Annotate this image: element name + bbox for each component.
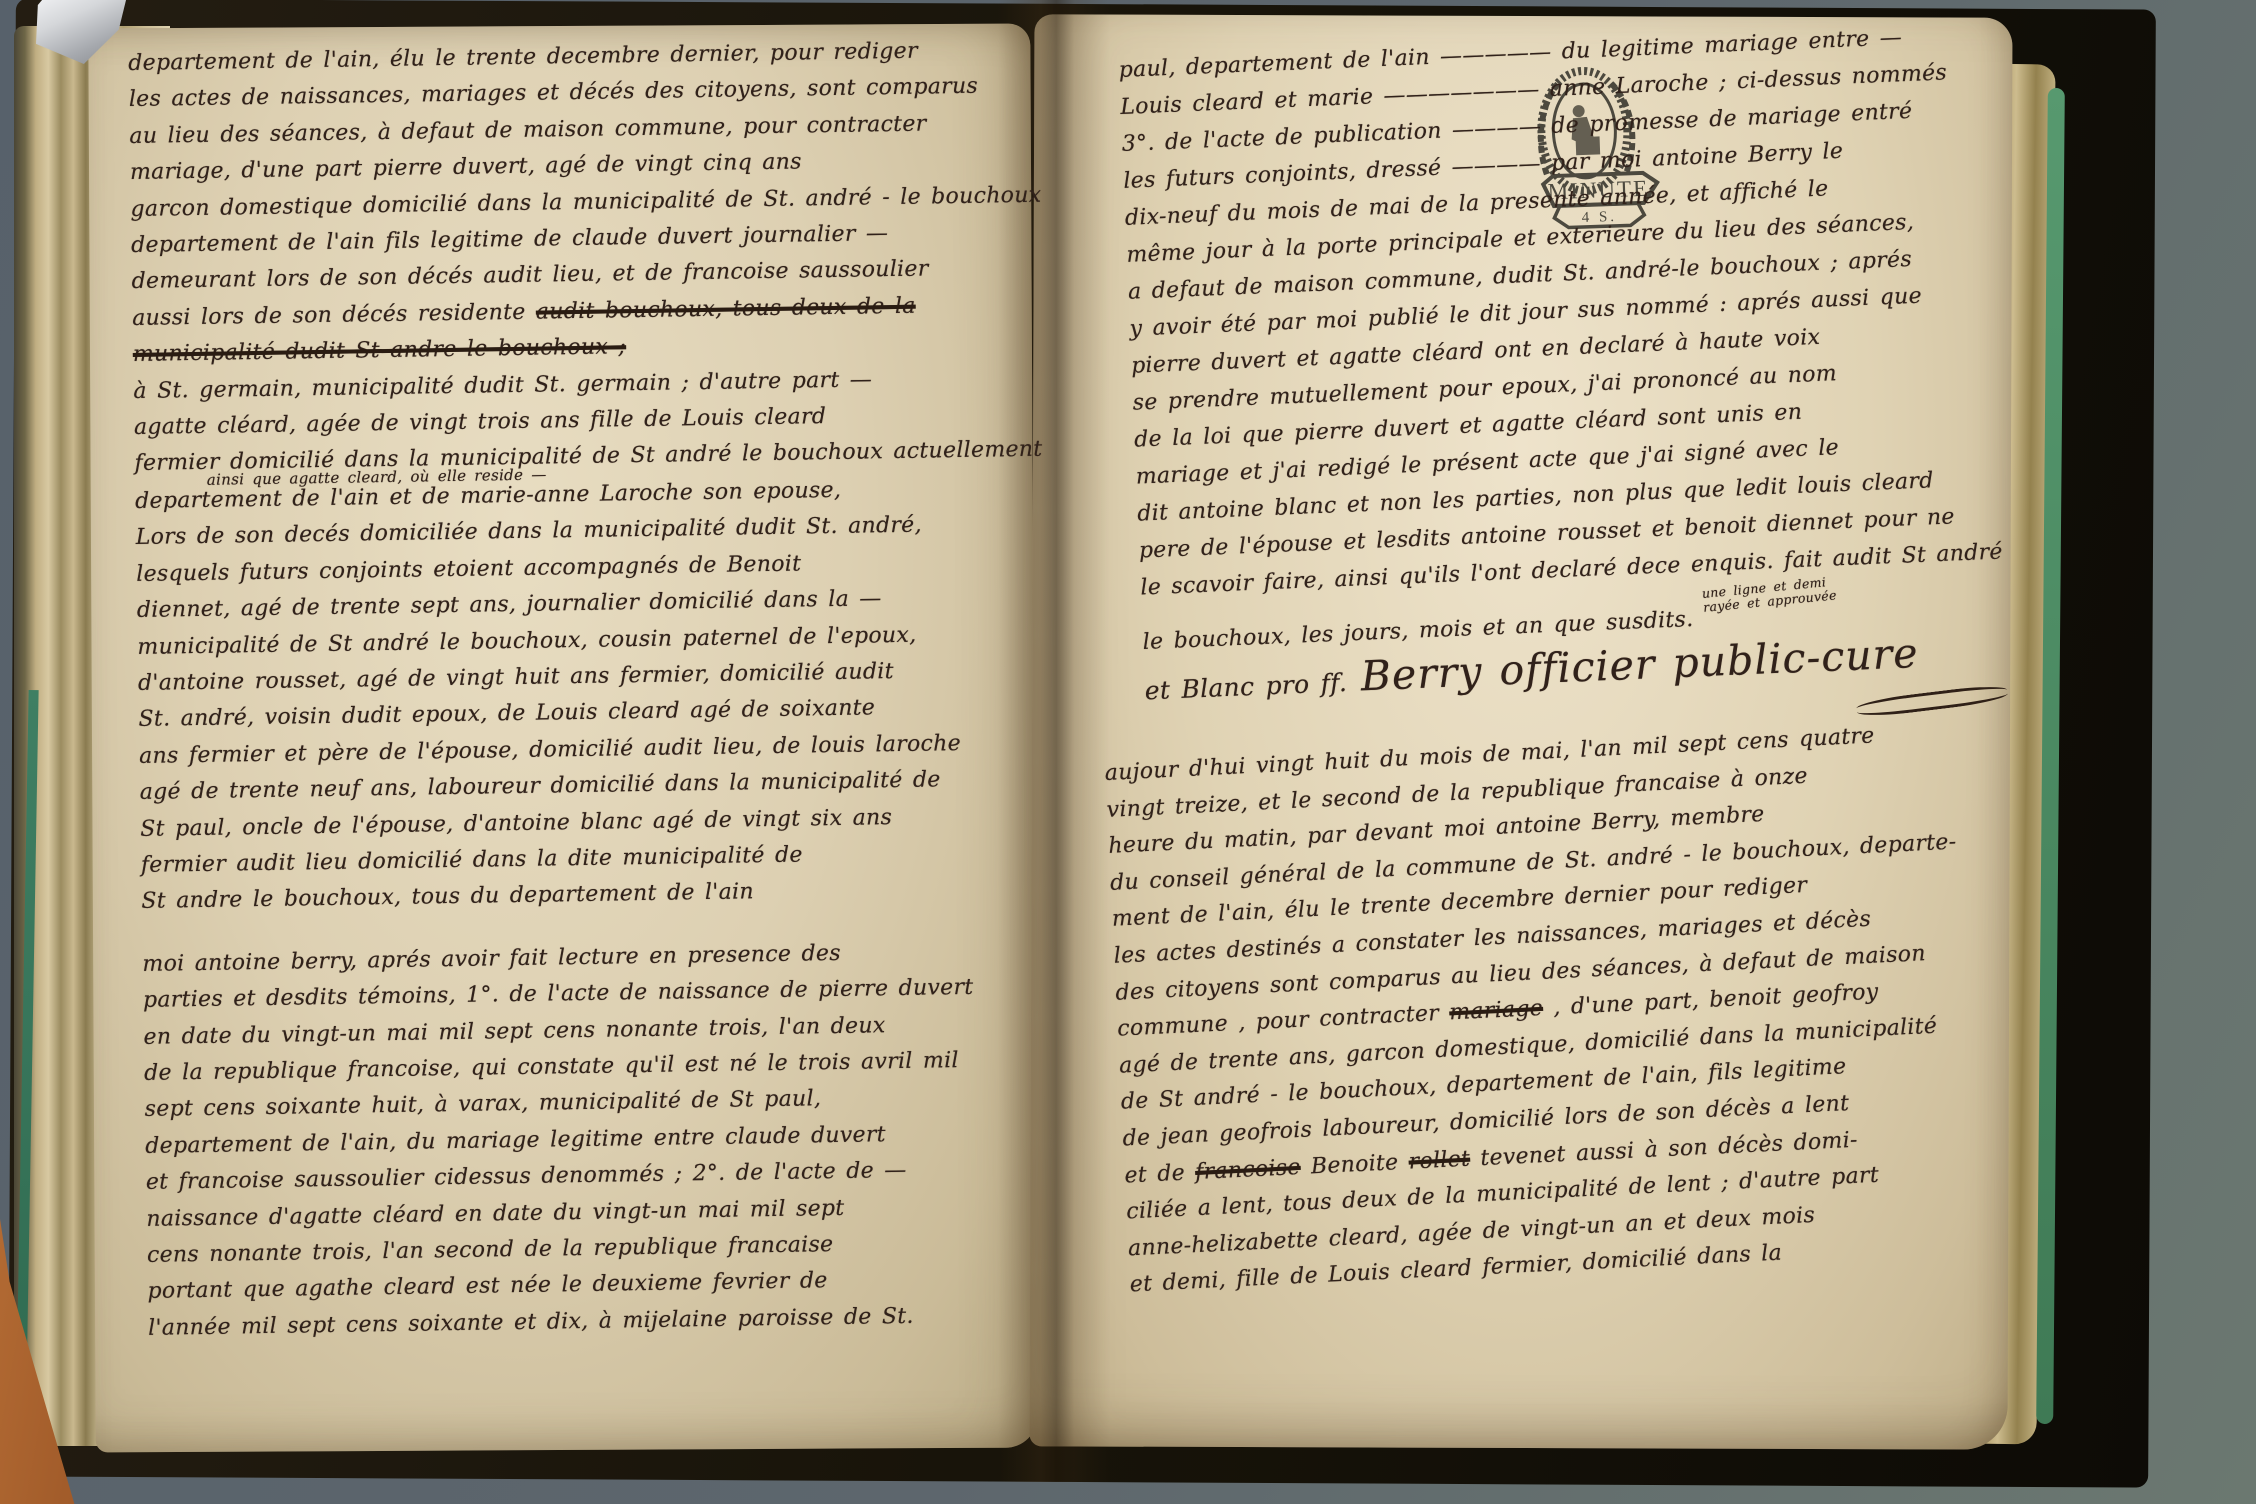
right-page-second-act-text: aujour d'hui vingt huit du mois de mai, …	[1104, 710, 2064, 1304]
line-text: St paul, oncle de l'épouse, d'antoine bl…	[140, 805, 892, 842]
line-text: portant que agathe cleard est née le deu…	[147, 1269, 827, 1305]
line-text: et francoise saussoulier cidessus denomm…	[146, 1158, 907, 1195]
line-text: parties et desdits témoins, 1°. de l'act…	[143, 975, 974, 1013]
manuscript-photo: MINUTE 4 S. departement de l'ain, élu le…	[0, 0, 2256, 1504]
line-text: St andre le bouchoux, tous du departemen…	[141, 880, 754, 915]
line-text: fermier audit lieu domicilié dans la dit…	[141, 842, 803, 877]
line-text: au lieu des séances, à defaut de maison …	[129, 111, 926, 149]
line-text: à St. germain, municipalité dudit St. ge…	[133, 367, 872, 404]
struck-text: audit bouchoux, tous deux de la	[536, 294, 916, 325]
line-text: departement de l'ain fils legitime de cl…	[131, 221, 889, 258]
line-text: naissance d'agatte cléard en date du vin…	[146, 1195, 844, 1231]
line-text: Lors de son decés domiciliée dans la mun…	[136, 513, 922, 550]
line-text: diennet, agé de trente sept ans, journal…	[137, 586, 882, 623]
right-page-marriage-act-text: paul, departement de l'ain ————— du legi…	[1118, 14, 2049, 709]
line-text: agé de trente neuf ans, laboureur domici…	[140, 767, 941, 805]
line-text: de la republique francoise, qui constate…	[144, 1048, 959, 1086]
line-text: sept cens soixante huit, à varax, munici…	[145, 1087, 822, 1123]
line-text: St. andré, voisin dudit epoux, de Louis …	[138, 696, 875, 733]
struck-text: mariage	[1449, 996, 1544, 1026]
line-text: moi antoine berry, aprés avoir fait lect…	[142, 941, 841, 977]
line-text: mariage, d'une part pierre duvert, agé d…	[130, 150, 802, 186]
line-text: et de	[1124, 1160, 1196, 1188]
line-text: demeurant lors de son décés audit lieu, …	[132, 257, 929, 295]
line-text: en date du vingt-un mai mil sept cens no…	[143, 1013, 885, 1050]
line-text: departement de l'ain et de marie-anne La…	[135, 478, 841, 514]
line-text: cens nonante trois, l'an second de la re…	[147, 1232, 834, 1268]
line-text: departement de l'ain, du mariage legitim…	[145, 1122, 886, 1159]
struck-text: francoise	[1195, 1154, 1302, 1184]
line-text: Benoite	[1300, 1149, 1409, 1179]
line-text: departement de l'ain, élu le trente dece…	[128, 39, 918, 76]
line-text: aussi lors de son décés residente	[132, 299, 536, 330]
line-text: lesquels futurs conjoints etoient accomp…	[136, 551, 801, 586]
line-text: municipalité de St andré le bouchoux, co…	[137, 622, 916, 659]
line-text: l'année mil sept cens soixante et dix, à…	[148, 1304, 914, 1341]
struck-text: municipalité dudit St andre le bouchoux …	[133, 334, 627, 367]
line-text: ans fermier et père de l'épouse, domicil…	[139, 731, 961, 769]
line-text: agatte cléard, agée de vingt trois ans f…	[134, 404, 827, 440]
line-text: et Blanc pro ff.	[1144, 667, 1347, 704]
struck-text: rollet	[1408, 1146, 1471, 1174]
left-page-text: departement de l'ain, élu le trente dece…	[128, 32, 1034, 1347]
line-text: d'antoine rousset, agé de vingt huit ans…	[138, 659, 894, 696]
